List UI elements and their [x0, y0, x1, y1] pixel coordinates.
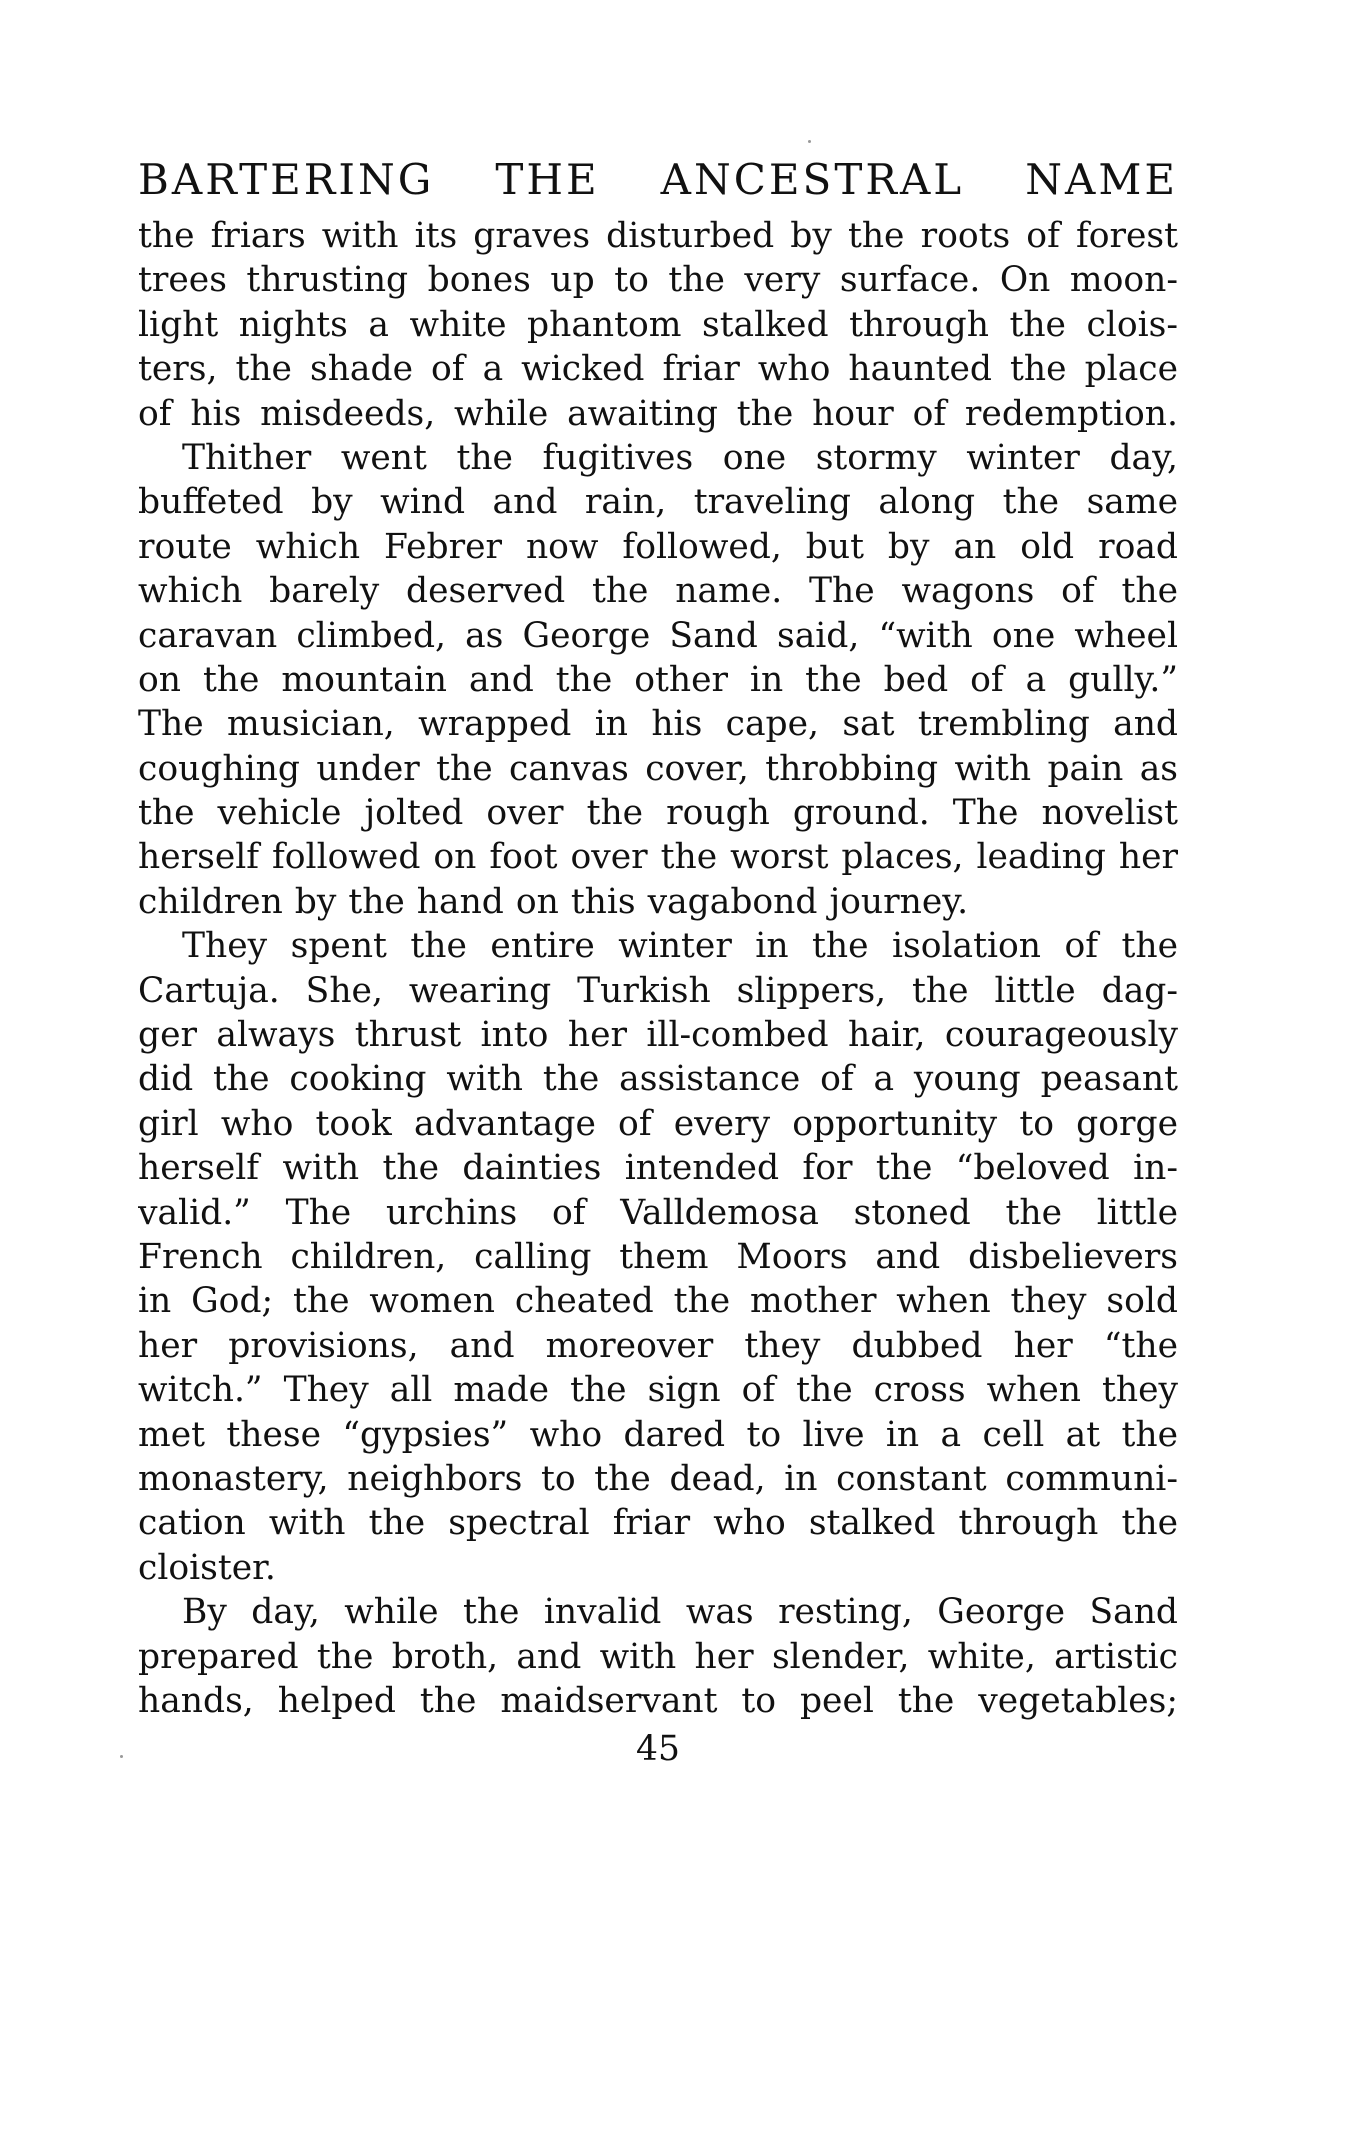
- text-line: children by the hand on this vagabond jo…: [138, 880, 1178, 924]
- text-line: cloister.: [138, 1546, 1178, 1590]
- scan-speck: [808, 140, 811, 143]
- text-line: By day, while the invalid was resting, G…: [138, 1590, 1178, 1634]
- text-line: her provisions, and moreover they dubbed…: [138, 1324, 1178, 1368]
- text-line: light nights a white phantom stalked thr…: [138, 303, 1178, 347]
- text-line: The musician, wrapped in his cape, sat t…: [138, 702, 1178, 746]
- text-line: monastery, neighbors to the dead, in con…: [138, 1457, 1178, 1501]
- text-line: French children, calling them Moors and …: [138, 1235, 1178, 1279]
- text-line: on the mountain and the other in the bed…: [138, 658, 1178, 702]
- page-number: 45: [138, 1727, 1178, 1771]
- text-line: in God; the women cheated the mother whe…: [138, 1279, 1178, 1323]
- text-line: herself with the dainties intended for t…: [138, 1146, 1178, 1190]
- body-text: the friars with its graves disturbed by …: [138, 214, 1178, 1723]
- text-line: witch.” They all made the sign of the cr…: [138, 1368, 1178, 1412]
- text-line: coughing under the canvas cover, throbbi…: [138, 747, 1178, 791]
- running-head: BARTERING THE ANCESTRAL NAME: [138, 150, 1178, 210]
- text-line: ger always thrust into her ill-combed ha…: [138, 1013, 1178, 1057]
- book-page: BARTERING THE ANCESTRAL NAME the friars …: [138, 150, 1178, 1771]
- text-line: trees thrusting bones up to the very sur…: [138, 258, 1178, 302]
- text-line: valid.” The urchins of Valldemosa stoned…: [138, 1191, 1178, 1235]
- text-line: of his misdeeds, while awaiting the hour…: [138, 392, 1178, 436]
- text-line: ters, the shade of a wicked friar who ha…: [138, 347, 1178, 391]
- text-line: the friars with its graves disturbed by …: [138, 214, 1178, 258]
- text-line: Thither went the fugitives one stormy wi…: [138, 436, 1178, 480]
- text-line: route which Febrer now followed, but by …: [138, 525, 1178, 569]
- text-line: cation with the spectral friar who stalk…: [138, 1501, 1178, 1545]
- text-line: met these “gypsies” who dared to live in…: [138, 1413, 1178, 1457]
- text-line: girl who took advantage of every opportu…: [138, 1102, 1178, 1146]
- text-line: herself followed on foot over the worst …: [138, 835, 1178, 879]
- text-line: buffeted by wind and rain, traveling alo…: [138, 480, 1178, 524]
- text-line: did the cooking with the assistance of a…: [138, 1057, 1178, 1101]
- scan-speck: [120, 1755, 123, 1758]
- text-line: which barely deserved the name. The wago…: [138, 569, 1178, 613]
- text-line: the vehicle jolted over the rough ground…: [138, 791, 1178, 835]
- text-line: They spent the entire winter in the isol…: [138, 924, 1178, 968]
- text-line: hands, helped the maidservant to peel th…: [138, 1679, 1178, 1723]
- text-line: prepared the broth, and with her slender…: [138, 1635, 1178, 1679]
- text-line: caravan climbed, as George Sand said, “w…: [138, 614, 1178, 658]
- text-line: Cartuja. She, wearing Turkish slippers, …: [138, 969, 1178, 1013]
